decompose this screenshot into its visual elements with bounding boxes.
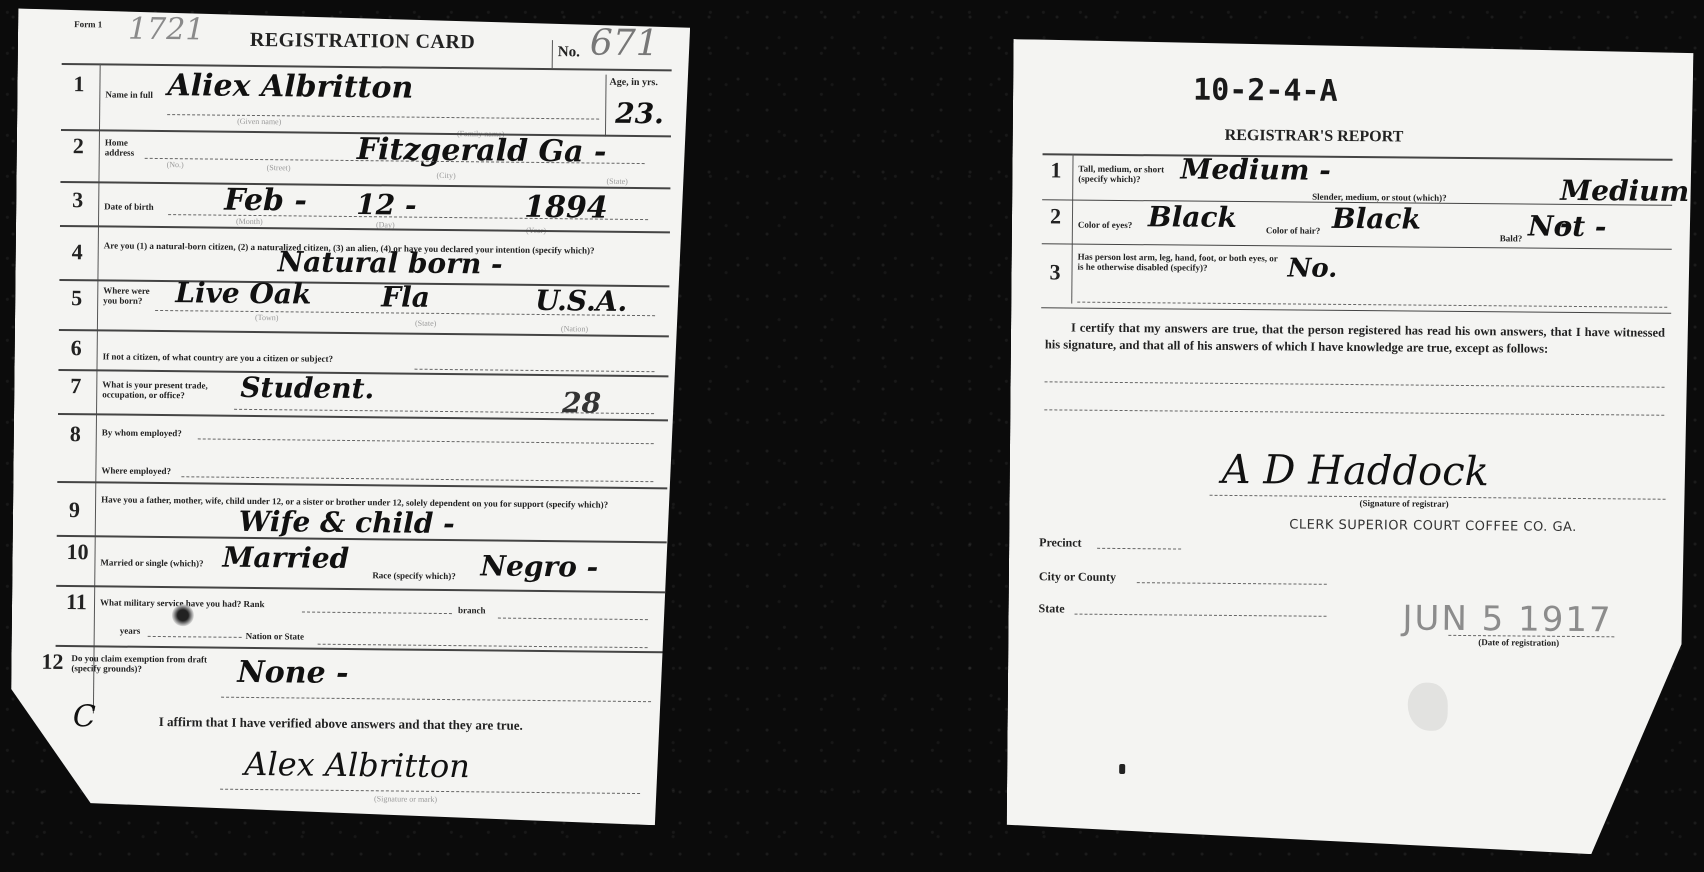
race-value: Negro -	[480, 549, 598, 583]
card-number: 671	[590, 22, 659, 64]
hair-label: Color of hair?	[1266, 225, 1320, 235]
field-number: 1	[73, 71, 84, 97]
card-title: REGISTRATION CARD	[250, 29, 476, 54]
divider	[605, 75, 607, 137]
sublabel: (Nation)	[561, 324, 588, 333]
divider	[221, 697, 651, 703]
citizenship-value: Natural born -	[277, 245, 502, 280]
birth-town: Live Oak	[175, 276, 311, 310]
sublabel: (State)	[415, 319, 436, 328]
dependents-value: Wife & child -	[239, 505, 455, 540]
field-label: Tall, medium, or short (specify which)?	[1078, 164, 1178, 185]
divider	[93, 63, 101, 713]
birth-year: 1894	[524, 190, 608, 226]
sublabel: (Town)	[255, 313, 279, 322]
divider	[498, 618, 648, 621]
form-number-handwritten: 1721	[128, 12, 205, 48]
field-number: 2	[73, 133, 84, 159]
field-label: Has person lost arm, leg, hand, foot, or…	[1078, 252, 1278, 274]
report-code: 10-2-4-A	[1193, 73, 1338, 109]
registration-card: Form 1 1721 REGISTRATION CARD No. 671 1 …	[10, 9, 690, 826]
divider	[1043, 153, 1673, 160]
precinct-label: Precinct	[1039, 535, 1082, 550]
date-caption: (Date of registration)	[1478, 637, 1559, 648]
field-label: Married or single (which)?	[100, 557, 203, 568]
name-value: Aliex Albritton	[167, 68, 413, 106]
state-label: State	[1039, 601, 1065, 616]
field-label: Do you claim exemption from draft (speci…	[71, 653, 211, 674]
field-number: 8	[70, 421, 81, 447]
eyes-label: Color of eyes?	[1078, 220, 1132, 230]
city-county-line	[1137, 582, 1327, 585]
clerk-stamp: CLERK SUPERIOR COURT COFFEE CO. GA.	[1289, 517, 1577, 535]
field-label: If not a citizen, of what country are yo…	[103, 351, 333, 363]
birth-state: Fla	[381, 280, 430, 314]
ink-spot	[1119, 764, 1125, 774]
precinct-line	[1097, 548, 1181, 550]
ink-blot	[172, 604, 194, 626]
registrant-signature: Alex Albritton	[244, 745, 470, 785]
sublabel: (No.)	[167, 160, 184, 169]
signature-line	[220, 789, 640, 794]
number-label: No.	[558, 44, 580, 61]
faint-stamp-mark	[1408, 683, 1448, 731]
divider	[414, 369, 654, 373]
height-value: Medium -	[1180, 153, 1331, 187]
disability-value: No.	[1287, 253, 1337, 283]
field-number: 6	[71, 335, 82, 361]
field-label: By whom employed?	[102, 427, 182, 438]
state-line	[1075, 614, 1327, 617]
divider	[148, 636, 242, 638]
divider	[1071, 154, 1073, 304]
divider	[181, 476, 653, 482]
sublabel: (Street)	[267, 163, 291, 172]
field-label: Home address	[105, 137, 145, 157]
field-number: 2	[1050, 203, 1061, 229]
exemption-value: None -	[237, 655, 349, 691]
field-label: Where employed?	[101, 465, 171, 476]
marital-value: Married	[222, 541, 349, 575]
field-number: 7	[70, 373, 81, 399]
field-number: 11	[66, 589, 87, 615]
sublabel: (State)	[606, 177, 627, 186]
registrar-signature: A D Haddock	[1222, 447, 1489, 495]
field-label: Date of birth	[104, 201, 154, 212]
sublabel: (Month)	[236, 217, 263, 226]
divider	[1045, 381, 1665, 387]
field-number: 12	[41, 649, 63, 675]
years-label: years	[120, 626, 141, 636]
field-number: 9	[69, 497, 80, 523]
eyes-value: Black	[1148, 200, 1237, 234]
home-address-value: Fitzgerald Ga -	[357, 132, 607, 170]
branch-label: branch	[458, 605, 486, 615]
signature-caption: (Signature or mark)	[374, 794, 437, 804]
affirmation-text: I affirm that I have verified above answ…	[159, 714, 523, 734]
divider	[1041, 307, 1671, 313]
field-label: What is your present trade, occupation, …	[102, 379, 232, 400]
field-number: 10	[66, 539, 88, 565]
registrars-report-card: 10-2-4-A REGISTRAR'S REPORT 1 Tall, medi…	[1006, 39, 1693, 855]
sublabel: (City)	[436, 171, 455, 180]
sublabel: (Given name)	[237, 117, 281, 126]
city-county-label: City or County	[1039, 569, 1116, 585]
margin-note: 28	[562, 386, 601, 419]
margin-mark: C	[73, 699, 96, 734]
field-number: 4	[72, 239, 83, 265]
hair-value: Black	[1332, 202, 1421, 236]
age-label: Age, in yrs.	[609, 77, 657, 89]
divider	[1042, 243, 1672, 249]
field-label: Name in full	[105, 89, 153, 99]
field-number: 3	[72, 187, 83, 213]
field-number: 3	[1049, 259, 1060, 285]
nation-label: Nation or State	[246, 631, 304, 642]
divider	[1077, 302, 1667, 308]
field-number: 1	[1050, 157, 1061, 183]
divider	[302, 612, 452, 615]
divider	[56, 585, 666, 593]
birth-nation: U.S.A.	[535, 284, 627, 318]
bald-value: Not -	[1528, 210, 1607, 244]
race-label: Race (specify which)?	[372, 570, 456, 581]
form-label: Form 1	[74, 19, 102, 29]
bald-label: Bald?	[1500, 233, 1523, 243]
certification-text: I certify that my answers are true, that…	[1045, 319, 1665, 358]
divider	[1044, 409, 1664, 415]
date-stamp: JUN 5 1917	[1402, 598, 1612, 640]
field-number: 5	[71, 285, 82, 311]
age-value: 23.	[615, 97, 664, 131]
divider	[552, 40, 553, 68]
divider	[198, 438, 654, 444]
report-title: REGISTRAR'S REPORT	[1225, 127, 1404, 147]
occupation-value: Student.	[240, 371, 374, 405]
field-label: Where were you born?	[103, 285, 163, 306]
divider	[167, 114, 599, 120]
birth-month: Feb -	[224, 183, 307, 219]
registrar-signature-caption: (Signature of registrar)	[1359, 498, 1448, 509]
